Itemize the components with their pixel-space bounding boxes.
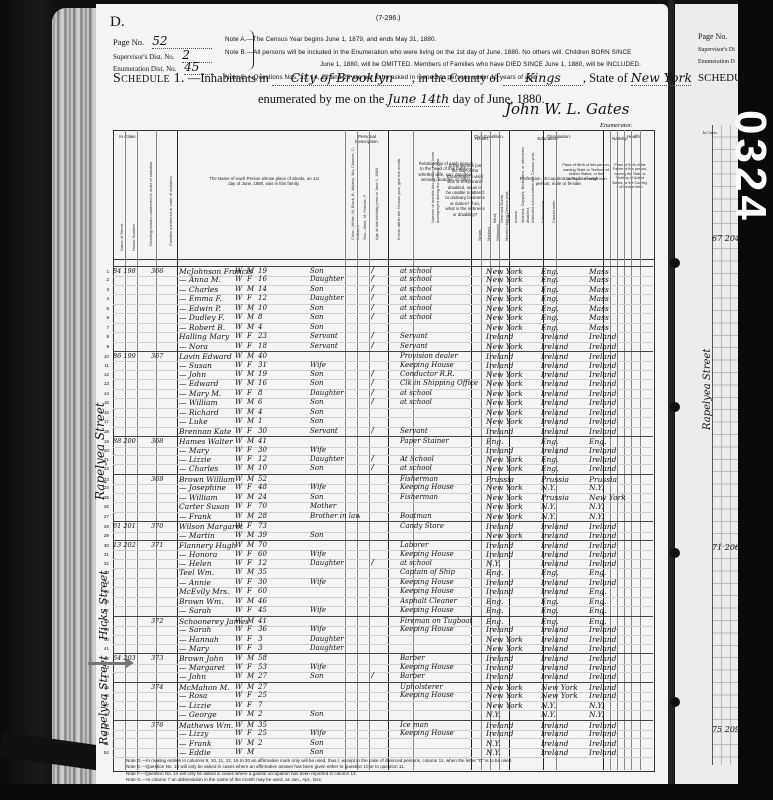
line-number: 4 — [99, 294, 109, 303]
birthplace-value: Ireland — [486, 729, 534, 738]
birthplace-value: New York — [486, 275, 534, 284]
age-value: 7 — [258, 701, 272, 710]
enumerated-date: June 14th — [387, 91, 449, 107]
occupation-value: at school — [400, 559, 485, 568]
state-value: New York — [631, 70, 691, 86]
relationship-value: Mother — [310, 502, 360, 511]
mother-birthplace-value: Ireland — [589, 559, 637, 568]
line-number: 6 — [99, 313, 109, 322]
sex-value: F — [247, 550, 257, 559]
mother-birthplace-value: Mass — [589, 275, 637, 284]
relationship-value: Son — [310, 398, 360, 407]
color-value: W — [235, 483, 245, 492]
color-value: W — [235, 531, 245, 540]
father-birthplace-value: Ireland — [541, 748, 589, 757]
birthplace-value: New York — [486, 342, 534, 351]
mother-birthplace-value: Ireland — [589, 361, 637, 370]
father-birthplace-value: Eng. — [541, 275, 589, 284]
sex-value: M — [247, 493, 257, 502]
father-birthplace-value: Ireland — [541, 398, 589, 407]
age-value: 3 — [258, 635, 272, 644]
sex-value: F — [247, 587, 257, 596]
line-number: 5 — [99, 304, 109, 313]
mother-birthplace-value: Ireland — [589, 417, 637, 426]
color-value: W — [235, 635, 245, 644]
sex-value: M — [247, 313, 257, 322]
relationship-value: Daughter — [310, 635, 360, 644]
sex-value: M — [247, 304, 257, 313]
adjacent-entry: 71 206 — [712, 543, 740, 552]
father-birthplace-value: Ireland — [541, 446, 589, 455]
color-value: W — [235, 644, 245, 653]
mother-birthplace-value: Ireland — [589, 398, 637, 407]
relationship-value: Son — [310, 672, 360, 681]
occupation-value: Keeping House — [400, 663, 485, 672]
sex-value: F — [247, 606, 257, 615]
header-name: The Name of each Person whose place of a… — [209, 176, 319, 187]
page-gutter — [668, 0, 674, 800]
father-birthplace-value: Ireland — [541, 587, 589, 596]
relationship-value: Son — [310, 748, 360, 757]
relationship-value: Wife — [310, 729, 360, 738]
birthplace-value: Ireland — [486, 361, 534, 370]
occupation-value: Barber — [400, 672, 485, 681]
group-in-cities: In Cities. — [116, 134, 140, 139]
civil-mark: / — [371, 294, 381, 303]
birthplace-value: New York — [486, 635, 534, 644]
mother-birthplace-value: Ireland — [589, 531, 637, 540]
sex-value: M — [247, 285, 257, 294]
color-value: W — [235, 606, 245, 615]
mother-birthplace-value: Eng. — [589, 597, 637, 606]
birthplace-value: New York — [486, 644, 534, 653]
header-pob-father: Place of Birth of the Father of this per… — [612, 163, 648, 189]
occupation-value: Clk in Shipping Office — [400, 379, 485, 388]
age-value: 23 — [258, 332, 272, 341]
age-value: 14 — [258, 285, 272, 294]
header-idiotic: Idiotic, — [506, 193, 511, 223]
father-birthplace-value: Ireland — [541, 531, 589, 540]
occupation-value: Keeping House — [400, 625, 485, 634]
age-value: 16 — [258, 379, 272, 388]
color-value: W — [235, 455, 245, 464]
mother-birthplace-value: Ireland — [589, 729, 637, 738]
father-birthplace-value: Ireland — [541, 739, 589, 748]
color-value: W — [235, 294, 245, 303]
relationship-value: Wife — [310, 578, 360, 587]
sex-value: F — [247, 701, 257, 710]
birthplace-value: New York — [486, 483, 534, 492]
state-label: , State of — [583, 71, 628, 85]
bottom-edge — [0, 784, 773, 800]
occupation-value: Servant — [400, 332, 485, 341]
father-birthplace-value: Ireland — [541, 379, 589, 388]
mother-birthplace-value: Mass — [589, 313, 637, 322]
father-birthplace-value: New York — [541, 691, 589, 700]
age-value: 30 — [258, 427, 272, 436]
sex-value: F — [247, 427, 257, 436]
header-color: Color—White, W; Black, B; Mulatto, Mu; C… — [350, 145, 360, 240]
age-value: 12 — [258, 559, 272, 568]
father-birthplace-value: Ireland — [541, 332, 589, 341]
age-value: 70 — [258, 502, 272, 511]
line-number: 2 — [99, 275, 109, 284]
civil-mark: / — [371, 304, 381, 313]
father-birthplace-value: Eng. — [541, 304, 589, 313]
civil-mark: / — [371, 398, 381, 407]
mother-birthplace-value: Ireland — [589, 427, 637, 436]
relationship-value: Son — [310, 710, 360, 719]
birthplace-value: New York — [486, 512, 534, 521]
father-birthplace-value: Ireland — [541, 408, 589, 417]
relationship-value: Son — [310, 285, 360, 294]
father-birthplace-value: Ireland — [541, 342, 589, 351]
occupation-value: at school — [400, 294, 485, 303]
mother-birthplace-value: Ireland — [589, 625, 637, 634]
adjacent-entry: 75 209 — [712, 725, 740, 734]
header-dwelling: Dwelling-houses numbered in order of vis… — [148, 151, 153, 246]
occupation-value: Keeping House — [400, 483, 485, 492]
sex-value: M — [247, 739, 257, 748]
relationship-value: Son — [310, 323, 360, 332]
age-value: 25 — [258, 729, 272, 738]
adjacent-enumeration: Enumeration D — [698, 59, 735, 65]
sex-value: M — [247, 748, 257, 757]
relationship-value: Daughter — [310, 275, 360, 284]
father-birthplace-value: Ireland — [541, 417, 589, 426]
age-value: 19 — [258, 370, 272, 379]
color-value: W — [235, 587, 245, 596]
header-sex: Sex—Male, M; Female, F. — [362, 145, 367, 240]
relationship-value: Daughter — [310, 644, 360, 653]
color-value: W — [235, 701, 245, 710]
color-value: W — [235, 389, 245, 398]
sex-value: M — [247, 379, 257, 388]
relationship-value: Servant — [310, 342, 360, 351]
color-value: W — [235, 493, 245, 502]
color-value: W — [235, 446, 245, 455]
age-value: 53 — [258, 663, 272, 672]
father-birthplace-value: Ireland — [541, 559, 589, 568]
occupation-value: Captain of Ship — [400, 568, 485, 577]
mother-birthplace-value: N.Y. — [589, 483, 637, 492]
sex-value: M — [247, 398, 257, 407]
color-value: W — [235, 361, 245, 370]
header-maimed: Maimed, Crippled, Bedridden, or otherwis… — [520, 138, 530, 223]
age-value: 6 — [258, 398, 272, 407]
age-value: 31 — [258, 361, 272, 370]
mother-birthplace-value: N.Y. — [589, 512, 637, 521]
age-value: 16 — [258, 275, 272, 284]
sex-value: M — [247, 710, 257, 719]
mother-birthplace-value: Ireland — [589, 644, 637, 653]
civil-mark: / — [371, 342, 381, 351]
age-value: 36 — [258, 625, 272, 634]
county-label: , in the County of — [412, 71, 500, 85]
father-birthplace-value: Ireland — [541, 370, 589, 379]
birthplace-value: Eng. — [486, 597, 534, 606]
birthplace-value: New York — [486, 370, 534, 379]
age-value: 60 — [258, 550, 272, 559]
binding-rivet-icon — [670, 548, 680, 558]
line-number: 7 — [99, 323, 109, 332]
enumerated-prefix: enumerated by me on the — [258, 92, 384, 106]
mother-birthplace-value: Ireland — [589, 550, 637, 559]
mother-birthplace-value: Ireland — [589, 379, 637, 388]
age-value: 18 — [258, 342, 272, 351]
mother-birthplace-value: N.Y. — [589, 502, 637, 511]
relationship-value: Son — [310, 408, 360, 417]
header-deaf: Deaf and Dumb, — [499, 178, 504, 223]
color-value: W — [235, 710, 245, 719]
sex-value: M — [247, 531, 257, 540]
mother-birthplace-value: Ireland — [589, 464, 637, 473]
header-cannot-read: Cannot read, — [540, 178, 545, 223]
father-birthplace-value: Eng. — [541, 323, 589, 332]
relationship-value: Son — [310, 464, 360, 473]
mother-birthplace-value: Ireland — [589, 370, 637, 379]
schedule-heading: Schedule 1. —Inhabitants in City of Broo… — [113, 70, 691, 87]
relationship-value: Daughter — [310, 389, 360, 398]
mother-birthplace-value: Ireland — [589, 455, 637, 464]
header-pob-person: Place of Birth of this person, naming St… — [562, 163, 610, 181]
father-birthplace-value: Ireland — [541, 578, 589, 587]
color-value: W — [235, 691, 245, 700]
birthplace-value: Ireland — [486, 446, 534, 455]
color-value: W — [235, 663, 245, 672]
header-attended-school: Attended school within the Census year, — [530, 138, 535, 223]
sex-value: F — [247, 729, 257, 738]
occupation-value: Fisherman — [400, 493, 485, 502]
adjacent-page-no: Page No. — [698, 32, 727, 41]
birthplace-value: N.Y. — [486, 710, 534, 719]
color-value: W — [235, 578, 245, 587]
header-sickness: Is the person [on the day of the Enumera… — [445, 163, 485, 217]
sex-value: F — [247, 342, 257, 351]
age-value: 3 — [258, 644, 272, 653]
form-code: (7-296.) — [376, 15, 401, 22]
color-value: W — [235, 370, 245, 379]
sex-value: F — [247, 389, 257, 398]
occupation-value: Keeping House — [400, 578, 485, 587]
sex-value: F — [247, 691, 257, 700]
relationship-value: Wife — [310, 625, 360, 634]
relationship-value: Son — [310, 370, 360, 379]
sex-value: F — [247, 663, 257, 672]
county-value: Kings — [503, 70, 583, 86]
father-birthplace-value: Ireland — [541, 361, 589, 370]
birthplace-value: New York — [486, 398, 534, 407]
birthplace-value: Ireland — [486, 587, 534, 596]
occupation-value: at school — [400, 285, 485, 294]
age-value: 4 — [258, 408, 272, 417]
color-value: W — [235, 568, 245, 577]
father-birthplace-value: Eng. — [541, 464, 589, 473]
group-nativity: Nativity. — [600, 136, 640, 141]
sex-value: F — [247, 294, 257, 303]
age-value: 30 — [258, 578, 272, 587]
sex-value: M — [247, 370, 257, 379]
birthplace-value: New York — [486, 691, 534, 700]
line-number: 31 — [99, 550, 109, 559]
sex-value: M — [247, 408, 257, 417]
sex-value: M — [247, 672, 257, 681]
age-value: 25 — [258, 691, 272, 700]
relationship-value: Daughter — [310, 455, 360, 464]
line-number: 3 — [99, 285, 109, 294]
occupation-value: at school — [400, 304, 485, 313]
age-value: 24 — [258, 493, 272, 502]
age-value: 35 — [258, 568, 272, 577]
mother-birthplace-value: Mass — [589, 304, 637, 313]
relationship-value: Son — [310, 493, 360, 502]
sex-value: F — [247, 483, 257, 492]
birthplace-value: New York — [486, 323, 534, 332]
note-b: Note B.—All persons will be included in … — [225, 47, 660, 60]
age-value: 39 — [258, 531, 272, 540]
civil-mark: / — [371, 370, 381, 379]
header-age: Age at last birthday prior to June 1, 18… — [374, 145, 379, 240]
age-value: 8 — [258, 389, 272, 398]
color-value: W — [235, 672, 245, 681]
table-row: 52— EddieWMSonN.Y.IrelandIreland — [113, 748, 653, 758]
age-value: 48 — [258, 483, 272, 492]
occupation-value: Keeping House — [400, 550, 485, 559]
mother-birthplace-value: Eng. — [589, 606, 637, 615]
civil-mark: / — [371, 559, 381, 568]
age-value: 4 — [258, 323, 272, 332]
birthplace-value: N.Y. — [486, 739, 534, 748]
father-birthplace-value: N.Y. — [541, 483, 589, 492]
occupation-value: Keeping House — [400, 587, 485, 596]
form-letter: D. — [110, 14, 125, 31]
mother-birthplace-value: Eng. — [589, 568, 637, 577]
color-value: W — [235, 748, 245, 757]
occupation-value: Keeping House — [400, 361, 485, 370]
occupation-value: at school — [400, 275, 485, 284]
group-personal: Personal Description. — [347, 134, 387, 144]
birthplace-value: New York — [486, 285, 534, 294]
age-value: 10 — [258, 464, 272, 473]
sex-value: F — [247, 275, 257, 284]
age-value: 2 — [258, 739, 272, 748]
color-value: W — [235, 550, 245, 559]
father-birthplace-value: Eng. — [541, 455, 589, 464]
civil-mark: / — [371, 455, 381, 464]
age-value: 46 — [258, 597, 272, 606]
pointer-arrow-icon — [88, 662, 128, 665]
civil-mark: / — [371, 332, 381, 341]
age-value: 27 — [258, 672, 272, 681]
line-number: 11 — [99, 361, 109, 370]
civil-mark: / — [371, 313, 381, 322]
header-house: House Number. — [131, 201, 136, 251]
line-number: 12 — [99, 370, 109, 379]
age-value: 10 — [258, 304, 272, 313]
birthplace-value: New York — [486, 389, 534, 398]
mother-birthplace-value: N.Y. — [589, 701, 637, 710]
birthplace-value: Ireland — [486, 625, 534, 634]
occupation-value: At School — [400, 455, 485, 464]
line-number: 9 — [99, 342, 109, 351]
mother-birthplace-value: Mass — [589, 285, 637, 294]
color-value: W — [235, 342, 245, 351]
relationship-value: Son — [310, 379, 360, 388]
occupation-value: at school — [400, 464, 485, 473]
sex-value: F — [247, 578, 257, 587]
line-number: 32 — [99, 559, 109, 568]
relationship-value: Wife — [310, 446, 360, 455]
age-value: 12 — [258, 455, 272, 464]
color-value: W — [235, 597, 245, 606]
binding-rivet-icon — [670, 258, 680, 268]
adjacent-margin-note: Rapelyea Street — [702, 349, 713, 430]
birthplace-value: New York — [486, 464, 534, 473]
father-birthplace-value: Ireland — [541, 427, 589, 436]
father-birthplace-value: Ireland — [541, 625, 589, 634]
father-birthplace-value: N.Y. — [541, 512, 589, 521]
inhabitants-label: —Inhabitants in — [188, 71, 269, 85]
father-birthplace-value: Ireland — [541, 550, 589, 559]
sex-value: F — [247, 332, 257, 341]
age-value: 8 — [258, 313, 272, 322]
sex-value: F — [247, 625, 257, 634]
father-birthplace-value: N.Y. — [541, 502, 589, 511]
sex-value: F — [247, 635, 257, 644]
note-g: Note G.—In column 7 an abbreviation in t… — [126, 777, 666, 783]
relationship-value: Daughter — [310, 294, 360, 303]
sex-value: F — [247, 455, 257, 464]
frame-number-stamp: 0324 — [725, 110, 773, 310]
table-header-right: Health. Education. Nativity. Number of m… — [400, 133, 655, 261]
father-birthplace-value: Ireland — [541, 644, 589, 653]
header-unemployed: Number of months this person has been un… — [430, 143, 440, 223]
relationship-value: Servant — [310, 427, 360, 436]
enumeration-date-line: enumerated by me on the June 14th day of… — [258, 91, 545, 107]
color-value: W — [235, 502, 245, 511]
mother-birthplace-value: Ireland — [589, 332, 637, 341]
birthplace-value: New York — [486, 304, 534, 313]
occupation-value: Boatman — [400, 512, 485, 521]
color-value: W — [235, 313, 245, 322]
mother-birthplace-value: Eng. — [589, 587, 637, 596]
relationship-value: Wife — [310, 663, 360, 672]
occupation-value: at school — [400, 313, 485, 322]
page-number-label: Page No. — [113, 37, 144, 47]
mother-birthplace-value: Ireland — [589, 691, 637, 700]
relationship-value: Wife — [310, 550, 360, 559]
relationship-value: Son — [310, 313, 360, 322]
adjacent-in-cities: In Cities. — [703, 130, 718, 135]
sex-value: F — [247, 644, 257, 653]
birthplace-value: Eng. — [486, 606, 534, 615]
birthplace-value: New York — [486, 531, 534, 540]
margin-street-note: Rapelyea Street — [93, 402, 107, 500]
father-birthplace-value: Ireland — [541, 672, 589, 681]
birthplace-value: New York — [486, 294, 534, 303]
sex-value: M — [247, 417, 257, 426]
father-birthplace-value: Eng. — [541, 294, 589, 303]
header-cannot-write: Cannot write, — [551, 178, 556, 223]
father-birthplace-value: Prussia — [541, 493, 589, 502]
mother-birthplace-value: Ireland — [589, 748, 637, 757]
color-value: W — [235, 275, 245, 284]
adjacent-schedule: SCHEDUL — [698, 72, 749, 84]
sex-value: M — [247, 323, 257, 332]
relationship-value: Wife — [310, 361, 360, 370]
birthplace-value: Ireland — [486, 663, 534, 672]
mother-birthplace-value: Mass — [589, 323, 637, 332]
